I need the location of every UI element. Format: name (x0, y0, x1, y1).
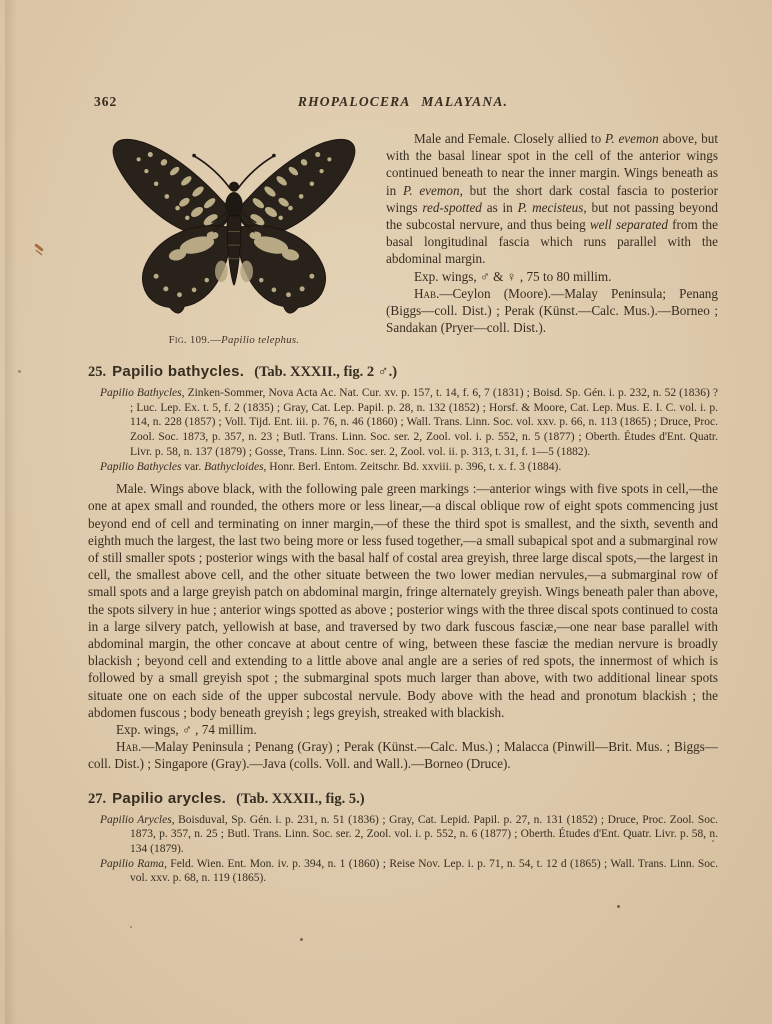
plate-reference: (Tab. XXXII., fig. 5.) (236, 791, 364, 807)
species-name: Papilio arycles. (112, 790, 226, 807)
page-header: 362 RHOPALOCERA MALAYANA. (88, 94, 718, 112)
arycles-section: 27.Papilio arycles.(Tab. XXXII., fig. 5.… (88, 790, 718, 887)
book-page: 362 RHOPALOCERA MALAYANA. (0, 0, 772, 1024)
telephus-text-column: Male and Female. Closely allied to P. ev… (386, 130, 718, 336)
synonymy-entry: Papilio Bathycles var. Bathycloides, Hon… (100, 460, 718, 475)
paper-fiber-blemish (34, 243, 44, 252)
species-heading-bathycles: 25.Papilio bathycles.(Tab. XXXII., fig. … (88, 363, 718, 381)
paper-speck (617, 905, 620, 908)
bathycles-section: 25.Papilio bathycles.(Tab. XXXII., fig. … (88, 363, 718, 773)
species-number: 25. (88, 364, 106, 380)
page-gutter-shade (5, 0, 17, 1024)
butterfly-illustration (88, 130, 380, 330)
page-number: 362 (94, 94, 117, 110)
telephus-section: Fig. 109.—Papilio telephus. Male and Fem… (88, 130, 718, 346)
figure: Fig. 109.—Papilio telephus. (88, 130, 380, 346)
paper-speck (18, 370, 21, 373)
bathycles-exp-wings: Exp. wings, ♂ , 74 millim. (88, 721, 718, 738)
paper-speck (130, 926, 132, 928)
species-number: 27. (88, 791, 106, 807)
synonymy-entry: Papilio Rama, Feld. Wien. Ent. Mon. iv. … (100, 857, 718, 886)
bathycles-description: Male. Wings above black, with the follow… (88, 480, 718, 721)
paper-speck (300, 938, 303, 941)
telephus-description: Male and Female. Closely allied to P. ev… (386, 130, 718, 268)
species-name: Papilio bathycles. (112, 363, 244, 380)
species-heading-arycles: 27.Papilio arycles.(Tab. XXXII., fig. 5.… (88, 790, 718, 808)
telephus-habitat: Hab.—Ceylon (Moore).—Malay Peninsula; Pe… (386, 285, 718, 337)
telephus-exp-wings: Exp. wings, ♂ & ♀ , 75 to 80 millim. (386, 268, 718, 285)
plate-reference: (Tab. XXXII., fig. 2 ♂.) (254, 364, 397, 380)
synonymy-entry: Papilio Arycles, Boisduval, Sp. Gén. i. … (100, 813, 718, 857)
synonymy-entry: Papilio Bathycles, Zinken-Sommer, Nova A… (100, 386, 718, 460)
figure-caption: Fig. 109.—Papilio telephus. (88, 334, 380, 346)
running-head: RHOPALOCERA MALAYANA. (88, 94, 718, 110)
bathycles-habitat: Hab.—Malay Peninsula ; Penang (Gray) ; P… (88, 738, 718, 772)
